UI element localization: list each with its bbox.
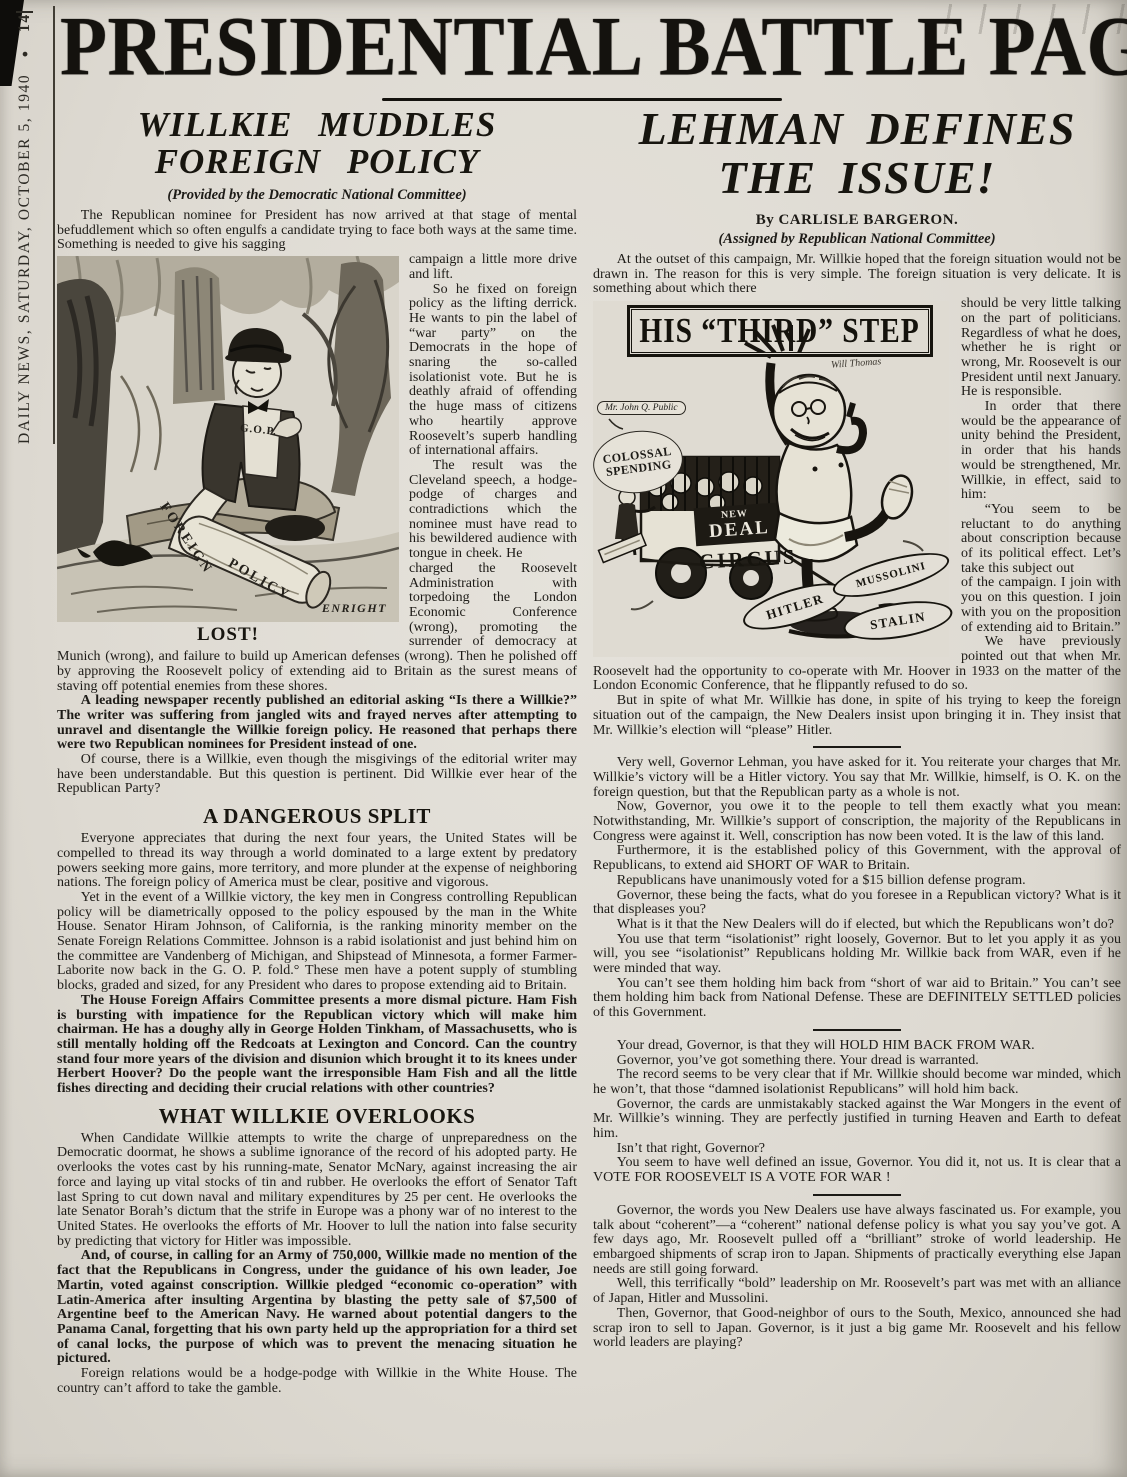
article-paragraph: Very well, Governor Lehman, you have ask… [593, 756, 1121, 800]
spine-bullet: ● [19, 32, 31, 74]
article-byline: By CARLISLE BARGERON. [593, 212, 1121, 229]
title-line: LEHMAN DEFINES [639, 103, 1076, 154]
subhead-what-willkie-overlooks: WHAT WILLKIE OVERLOOKS [57, 1104, 577, 1129]
editorial-cartoon-third-step: HIS “THIRD” STEP Will Thomas Mr. John Q.… [593, 301, 949, 657]
edition-date: DAILY NEWS, SATURDAY, OCTOBER 5, 1940 [16, 74, 33, 444]
title-line: FOREIGN POLICY [155, 142, 480, 181]
page-number: 14 [16, 11, 33, 32]
article-paragraph: Your dread, Governor, is that they will … [593, 1039, 1121, 1054]
article-paragraph: Now, Governor, you owe it to the people … [593, 800, 1121, 844]
title-line: THE ISSUE! [719, 152, 996, 203]
cartoonist-signature: ENRIGHT [322, 601, 387, 616]
article-credit: (Provided by the Democratic National Com… [57, 187, 577, 204]
article-paragraph: When Candidate Willkie attempts to write… [57, 1132, 577, 1250]
article-credit: (Assigned by Republican National Committ… [593, 231, 1121, 248]
article-paragraph: Then, Governor, that Good-neighbor of ou… [593, 1307, 1121, 1351]
section-divider [813, 1029, 901, 1031]
article-paragraph: Foreign relations would be a hodge-podge… [57, 1367, 577, 1396]
article-paragraph: You use that term “isolationist” right l… [593, 933, 1121, 977]
dateline-spine: DAILY NEWS, SATURDAY, OCTOBER 5, 1940●14 [16, 8, 34, 444]
article-paragraph: Governor, the words you New Dealers use … [593, 1204, 1121, 1278]
article-paragraph: You seem to have well defined an issue, … [593, 1156, 1121, 1185]
section-divider [813, 1194, 901, 1196]
article-paragraph: Well, this terrifically “bold” leadershi… [593, 1277, 1121, 1306]
subhead-dangerous-split: A DANGEROUS SPLIT [57, 804, 577, 829]
cartoon-title-box: HIS “THIRD” STEP [627, 305, 933, 357]
article-paragraph: Yet in the event of a Willkie victory, t… [57, 891, 577, 994]
article-willkie-muddles: WILLKIE MUDDLESFOREIGN POLICY (Provided … [57, 104, 577, 1396]
article-paragraph: At the outset of this campaign, Mr. Will… [593, 253, 1121, 297]
title-line: WILLKIE MUDDLES [138, 105, 497, 144]
article-paragraph: The House Foreign Affairs Committee pres… [57, 994, 577, 1097]
article-paragraph: A leading newspaper recently published a… [57, 694, 577, 753]
spine-rule [53, 6, 55, 444]
section-divider [813, 746, 901, 748]
cartoon-bubble-john-q-public: Mr. John Q. Public [597, 401, 686, 415]
newspaper-page: DAILY NEWS, SATURDAY, OCTOBER 5, 1940●14… [0, 0, 1127, 1477]
article-paragraph: Governor, these being the facts, what do… [593, 889, 1121, 918]
article-lehman-defines: LEHMAN DEFINESTHE ISSUE! By CARLISLE BAR… [593, 104, 1121, 1396]
article-title: LEHMAN DEFINESTHE ISSUE! [593, 104, 1121, 202]
editorial-cartoon-lost: G.O.P. FOREIGN POLICY ENRIGHT LOST! [57, 256, 399, 646]
article-paragraph: But in spite of what Mr. Willkie has don… [593, 694, 1121, 738]
cartoon-title: HIS “THIRD” STEP [640, 311, 920, 351]
article-paragraph: Republicans have unanimously voted for a… [593, 874, 1121, 889]
masthead: PRESIDENTIAL BATTLE PAGE [60, 0, 1120, 92]
wagon-label-circus: CIRCUS [698, 545, 798, 575]
article-paragraph: Furthermore, it is the established polic… [593, 844, 1121, 873]
article-paragraph: Governor, you’ve got something there. Yo… [593, 1054, 1121, 1069]
article-paragraph: And, of course, in calling for an Army o… [57, 1249, 577, 1367]
article-columns: WILLKIE MUDDLESFOREIGN POLICY (Provided … [57, 104, 1121, 1396]
article-paragraph: The record seems to be very clear that i… [593, 1068, 1121, 1097]
article-title: WILLKIE MUDDLESFOREIGN POLICY [57, 106, 577, 180]
article-paragraph: The Republican nominee for President has… [57, 209, 577, 253]
masthead-title: PRESIDENTIAL BATTLE PAGE [60, 0, 1127, 97]
article-paragraph: You can’t see them holding him back from… [593, 977, 1121, 1021]
article-paragraph: Isn’t that right, Governor? [593, 1142, 1121, 1157]
article-paragraph: What is it that the New Dealers will do … [593, 918, 1121, 933]
article-paragraph: Governor, the cards are unmistakably sta… [593, 1098, 1121, 1142]
cartoon-caption: LOST! [57, 624, 399, 646]
article-paragraph: Of course, there is a Willkie, even thou… [57, 753, 577, 797]
article-paragraph: Everyone appreciates that during the nex… [57, 832, 577, 891]
wagon-label-deal: DEAL [708, 517, 770, 543]
masthead-rule [382, 98, 782, 101]
